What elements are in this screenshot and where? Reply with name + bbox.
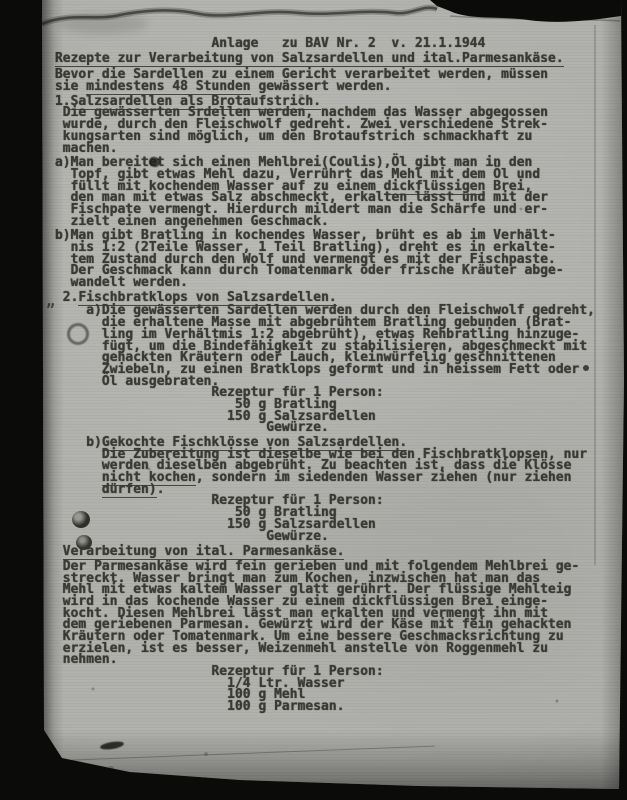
paper-sheet: Anlage zu BAV Nr. 2 v. 21.1.1944 Rezepte… [0, 0, 627, 800]
text-line: Gewürze. [47, 422, 617, 434]
left-edge-shadow [42, 0, 64, 800]
text-line: 100 g Parmesan. [47, 701, 617, 713]
text-line: machen. [47, 143, 617, 155]
text-line: wandelt werden. [47, 277, 617, 289]
text-segment: zielt einen angenehmen Geschmack. [47, 214, 329, 229]
text-line: erzielen, ist es besser, Weizenmehl anst… [47, 643, 617, 655]
text-line: Rezepte zur Verarbeitung von Salzsardell… [47, 53, 617, 65]
punch-dot-mark-2 [76, 535, 92, 550]
underlined-text-segment: Verarbeitung von ital. Parmesankäse. [63, 544, 345, 560]
text-line: zielt einen angenehmen Geschmack. [47, 216, 617, 228]
text-line: Anlage zu BAV Nr. 2 v. 21.1.1944 [47, 38, 617, 50]
punch-ring-mark [67, 323, 89, 345]
text-segment: 100 g Parmesan. [47, 699, 344, 714]
text-segment: wandelt werden. [47, 275, 188, 290]
bottom-edge-shadow [42, 730, 627, 790]
text-segment: Gewürze. [47, 420, 329, 435]
text-line: Verarbeitung von ital. Parmesankäse. [47, 546, 617, 558]
text-segment: erzielen, ist es besser, Weizenmehl anst… [47, 641, 548, 656]
text-segment: , sondern im siedenden Wasser ziehen (nu… [196, 470, 572, 485]
text-segment: kungsarten sind möglich, um den Brotaufs… [47, 129, 532, 144]
underlined-text-segment: mindestens 48 Stunden [86, 79, 250, 95]
dust-specks [0, 0, 2, 2]
torn-top-edge [0, 0, 627, 34]
vertical-crease [594, 25, 596, 565]
margin-dot-mark [583, 365, 589, 371]
text-line: 2.Fischbratklops von Salzsardellen. [47, 292, 617, 304]
text-segment: Anlage zu BAV Nr. 2 v. 21.1.1944 [47, 36, 485, 51]
punch-dot-mark-1 [72, 511, 90, 528]
typewritten-text-layer: Anlage zu BAV Nr. 2 v. 21.1.1944 Rezepte… [47, 38, 617, 713]
text-line: kungsarten sind möglich, um den Brotaufs… [47, 131, 617, 143]
text-segment: gewässert werden. [251, 79, 392, 94]
text-line: sie mindestens 48 Stunden gewässert werd… [47, 81, 617, 93]
text-line: Gewürze. [47, 531, 617, 543]
underlined-text-segment: Rezepte zur Verarbeitung von Salzsardell… [55, 51, 564, 67]
right-edge-shadow [601, 0, 627, 800]
tear-line-soft [42, 8, 437, 24]
